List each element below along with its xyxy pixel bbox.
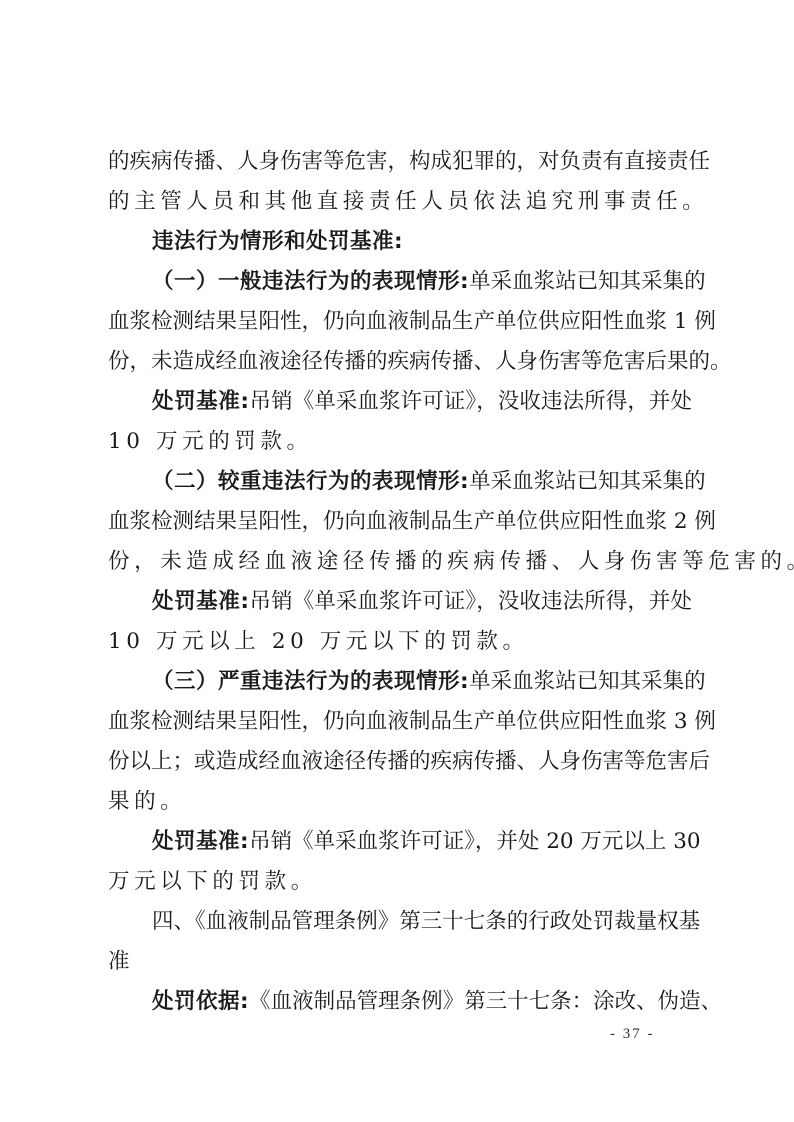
line-text: 的疾病传播、人身伤害等危害，构成犯罪的，对负责有直接责任: [108, 149, 710, 174]
text-line: 果的。: [108, 782, 692, 822]
line-text: 万元以下的罚款。: [108, 869, 317, 894]
penalty-standard-line: 处罚基准:吊销《单采血浆许可证》，没收违法所得，并处: [108, 582, 692, 622]
case-severe-heading: （三）严重违法行为的表现情形:单采血浆站已知其采集的: [108, 662, 692, 702]
text-line: 的主管人员和其他直接责任人员依法追究刑事责任。: [108, 182, 692, 222]
line-text: 血浆检测结果呈阳性，仍向血液制品生产单位供应阳性血浆 2 例: [108, 509, 716, 534]
text-line: 10 万元以上 20 万元以下的罚款。: [108, 622, 692, 662]
line-text: 果的。: [108, 789, 186, 814]
line-text: 10 万元以上 20 万元以下的罚款。: [108, 629, 529, 654]
line-text: 吊销《单采血浆许可证》，没收违法所得，并处: [249, 389, 692, 414]
line-text: 血浆检测结果呈阳性，仍向血液制品生产单位供应阳性血浆 1 例: [108, 309, 716, 334]
text-line: 份，未造成经血液途径传播的疾病传播、人身伤害等危害后果的。: [108, 342, 692, 382]
document-page: 的疾病传播、人身伤害等危害，构成犯罪的，对负责有直接责任 的主管人员和其他直接责…: [108, 142, 692, 1022]
text-line: 准: [108, 942, 692, 982]
line-text: 的主管人员和其他直接责任人员依法追究刑事责任。: [108, 189, 708, 214]
text-line: 份以上；或造成经血液途径传播的疾病传播、人身伤害等危害后: [108, 742, 692, 782]
penalty-standard-line: 处罚基准:吊销《单采血浆许可证》，没收违法所得，并处: [108, 382, 692, 422]
bold-label: （二）较重违法行为的表现情形:: [152, 469, 469, 494]
text-line: 血浆检测结果呈阳性，仍向血液制品生产单位供应阳性血浆 2 例: [108, 502, 692, 542]
heading-text: 违法行为情形和处罚基准:: [152, 229, 403, 254]
bold-label: 处罚依据:: [152, 989, 249, 1014]
bold-label: （三）严重违法行为的表现情形:: [152, 669, 469, 694]
case-serious-heading: （二）较重违法行为的表现情形:单采血浆站已知其采集的: [108, 462, 692, 502]
text-line: 份，未造成经血液途径传播的疾病传播、人身伤害等危害的。: [108, 542, 692, 582]
line-text: 四、《血液制品管理条例》第三十七条的行政处罚裁量权基: [152, 909, 700, 934]
line-text: 份，未造成经血液途径传播的疾病传播、人身伤害等危害的。: [108, 549, 794, 574]
text-line: 的疾病传播、人身伤害等危害，构成犯罪的，对负责有直接责任: [108, 142, 692, 182]
text-line: 血浆检测结果呈阳性，仍向血液制品生产单位供应阳性血浆 3 例: [108, 702, 692, 742]
text-line: 万元以下的罚款。: [108, 862, 692, 902]
line-text: 《血液制品管理条例》第三十七条：涂改、伪造、: [249, 989, 722, 1014]
line-text: 单采血浆站已知其采集的: [469, 269, 706, 294]
bold-label: （一）一般违法行为的表现情形:: [152, 269, 469, 294]
line-text: 份以上；或造成经血液途径传播的疾病传播、人身伤害等危害后: [108, 749, 710, 774]
bold-label: 处罚基准:: [152, 389, 249, 414]
line-text: 单采血浆站已知其采集的: [469, 469, 706, 494]
text-line: 10 万元的罚款。: [108, 422, 692, 462]
line-text: 10 万元的罚款。: [108, 429, 313, 454]
article-heading: 四、《血液制品管理条例》第三十七条的行政处罚裁量权基: [108, 902, 692, 942]
case-general-heading: （一）一般违法行为的表现情形:单采血浆站已知其采集的: [108, 262, 692, 302]
section-heading: 违法行为情形和处罚基准:: [108, 222, 692, 262]
line-text: 准: [108, 949, 134, 974]
line-text: 吊销《单采血浆许可证》，没收违法所得，并处: [249, 589, 692, 614]
line-text: 份，未造成经血液途径传播的疾病传播、人身伤害等危害后果的。: [108, 349, 732, 374]
text-line: 血浆检测结果呈阳性，仍向血液制品生产单位供应阳性血浆 1 例: [108, 302, 692, 342]
line-text: 吊销《单采血浆许可证》，并处 20 万元以上 30: [249, 829, 700, 854]
bold-label: 处罚基准:: [152, 589, 249, 614]
page-number: - 37 -: [610, 1026, 655, 1043]
line-text: 血浆检测结果呈阳性，仍向血液制品生产单位供应阳性血浆 3 例: [108, 709, 716, 734]
penalty-standard-line: 处罚基准:吊销《单采血浆许可证》，并处 20 万元以上 30: [108, 822, 692, 862]
penalty-basis-line: 处罚依据:《血液制品管理条例》第三十七条：涂改、伪造、: [108, 982, 692, 1022]
bold-label: 处罚基准:: [152, 829, 249, 854]
line-text: 单采血浆站已知其采集的: [469, 669, 706, 694]
